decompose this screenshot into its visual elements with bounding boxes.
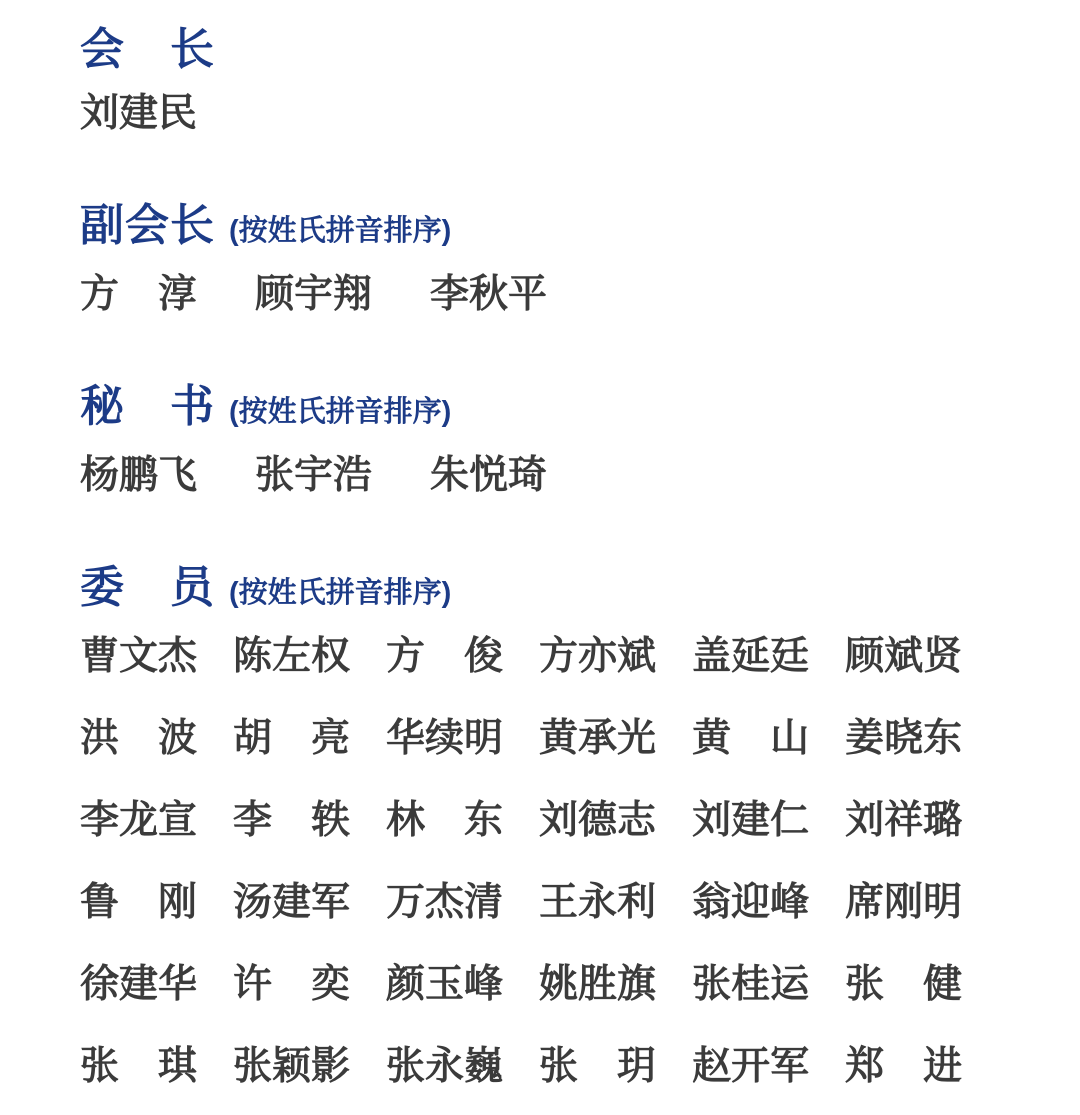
section-president: 会 长 刘建民 [80,26,1020,138]
member-name: 张 琪 [80,1043,197,1091]
member-name: 许 奕 [233,961,350,1009]
member-name: 徐建华 [80,961,197,1009]
member-name: 李秋平 [430,271,547,319]
member-names: 曹文杰陈左权方 俊方亦斌盖延廷顾斌贤洪 波胡 亮华续明黄承光黄 山姜晓东李龙宣李… [80,633,1020,1091]
member-name: 黄承光 [539,715,656,763]
member-names: 刘建民 [80,90,1020,138]
section-secretaries: 秘 书(按姓氏拼音排序) 杨鹏飞张宇浩朱悦琦 [80,383,1020,500]
member-name: 张 健 [845,961,962,1009]
member-name: 姚胜旗 [539,961,656,1009]
member-name: 方 俊 [386,633,503,681]
member-name: 李龙宣 [80,797,197,845]
member-name: 李 轶 [233,797,350,845]
member-name: 华续明 [386,715,503,763]
section-title: 会 长 [80,26,215,74]
member-name: 颜玉峰 [386,961,503,1009]
member-name: 赵开军 [692,1043,809,1091]
member-name: 张颖影 [233,1043,350,1091]
member-name: 张永巍 [386,1043,503,1091]
member-name: 张桂运 [692,961,809,1009]
member-name: 郑 进 [845,1043,962,1091]
member-name: 顾斌贤 [845,633,962,681]
member-name: 姜晓东 [845,715,962,763]
member-name: 杨鹏飞 [80,452,197,500]
member-name: 刘建民 [80,90,197,138]
member-name: 鲁 刚 [80,879,197,927]
member-name: 万杰清 [386,879,503,927]
member-name: 翁迎峰 [692,879,809,927]
section-note: (按姓氏拼音排序) [229,388,451,436]
member-name: 席刚明 [845,879,962,927]
member-name: 朱悦琦 [430,452,547,500]
member-name: 张宇浩 [255,452,372,500]
member-name: 黄 山 [692,715,809,763]
member-name: 张 玥 [539,1043,656,1091]
section-title: 副会长 [80,202,215,250]
member-name: 曹文杰 [80,633,197,681]
member-name: 刘建仁 [692,797,809,845]
member-name: 林 东 [386,797,503,845]
section-title: 委 员 [80,564,215,612]
member-name: 汤建军 [233,879,350,927]
member-name: 胡 亮 [233,715,350,763]
member-name: 刘祥璐 [845,797,962,845]
member-name: 方 淳 [80,271,197,319]
section-note: (按姓氏拼音排序) [229,207,451,255]
member-name: 陈左权 [233,633,350,681]
section-header: 副会长(按姓氏拼音排序) [80,202,1020,255]
section-note: (按姓氏拼音排序) [229,569,451,617]
member-name: 王永利 [539,879,656,927]
section-header: 会 长 [80,26,1020,74]
section-committee: 委 员(按姓氏拼音排序) 曹文杰陈左权方 俊方亦斌盖延廷顾斌贤洪 波胡 亮华续明… [80,564,1020,1091]
member-list-page: 会 长 刘建民 副会长(按姓氏拼音排序) 方 淳顾宇翔李秋平 秘 书(按姓氏拼音… [0,0,1080,1115]
member-name: 刘德志 [539,797,656,845]
section-header: 秘 书(按姓氏拼音排序) [80,383,1020,436]
member-name: 顾宇翔 [255,271,372,319]
section-header: 委 员(按姓氏拼音排序) [80,564,1020,617]
section-vice-presidents: 副会长(按姓氏拼音排序) 方 淳顾宇翔李秋平 [80,202,1020,319]
member-name: 方亦斌 [539,633,656,681]
member-name: 盖延廷 [692,633,809,681]
member-name: 洪 波 [80,715,197,763]
member-names: 杨鹏飞张宇浩朱悦琦 [80,452,1020,500]
section-title: 秘 书 [80,383,215,431]
member-names: 方 淳顾宇翔李秋平 [80,271,1020,319]
